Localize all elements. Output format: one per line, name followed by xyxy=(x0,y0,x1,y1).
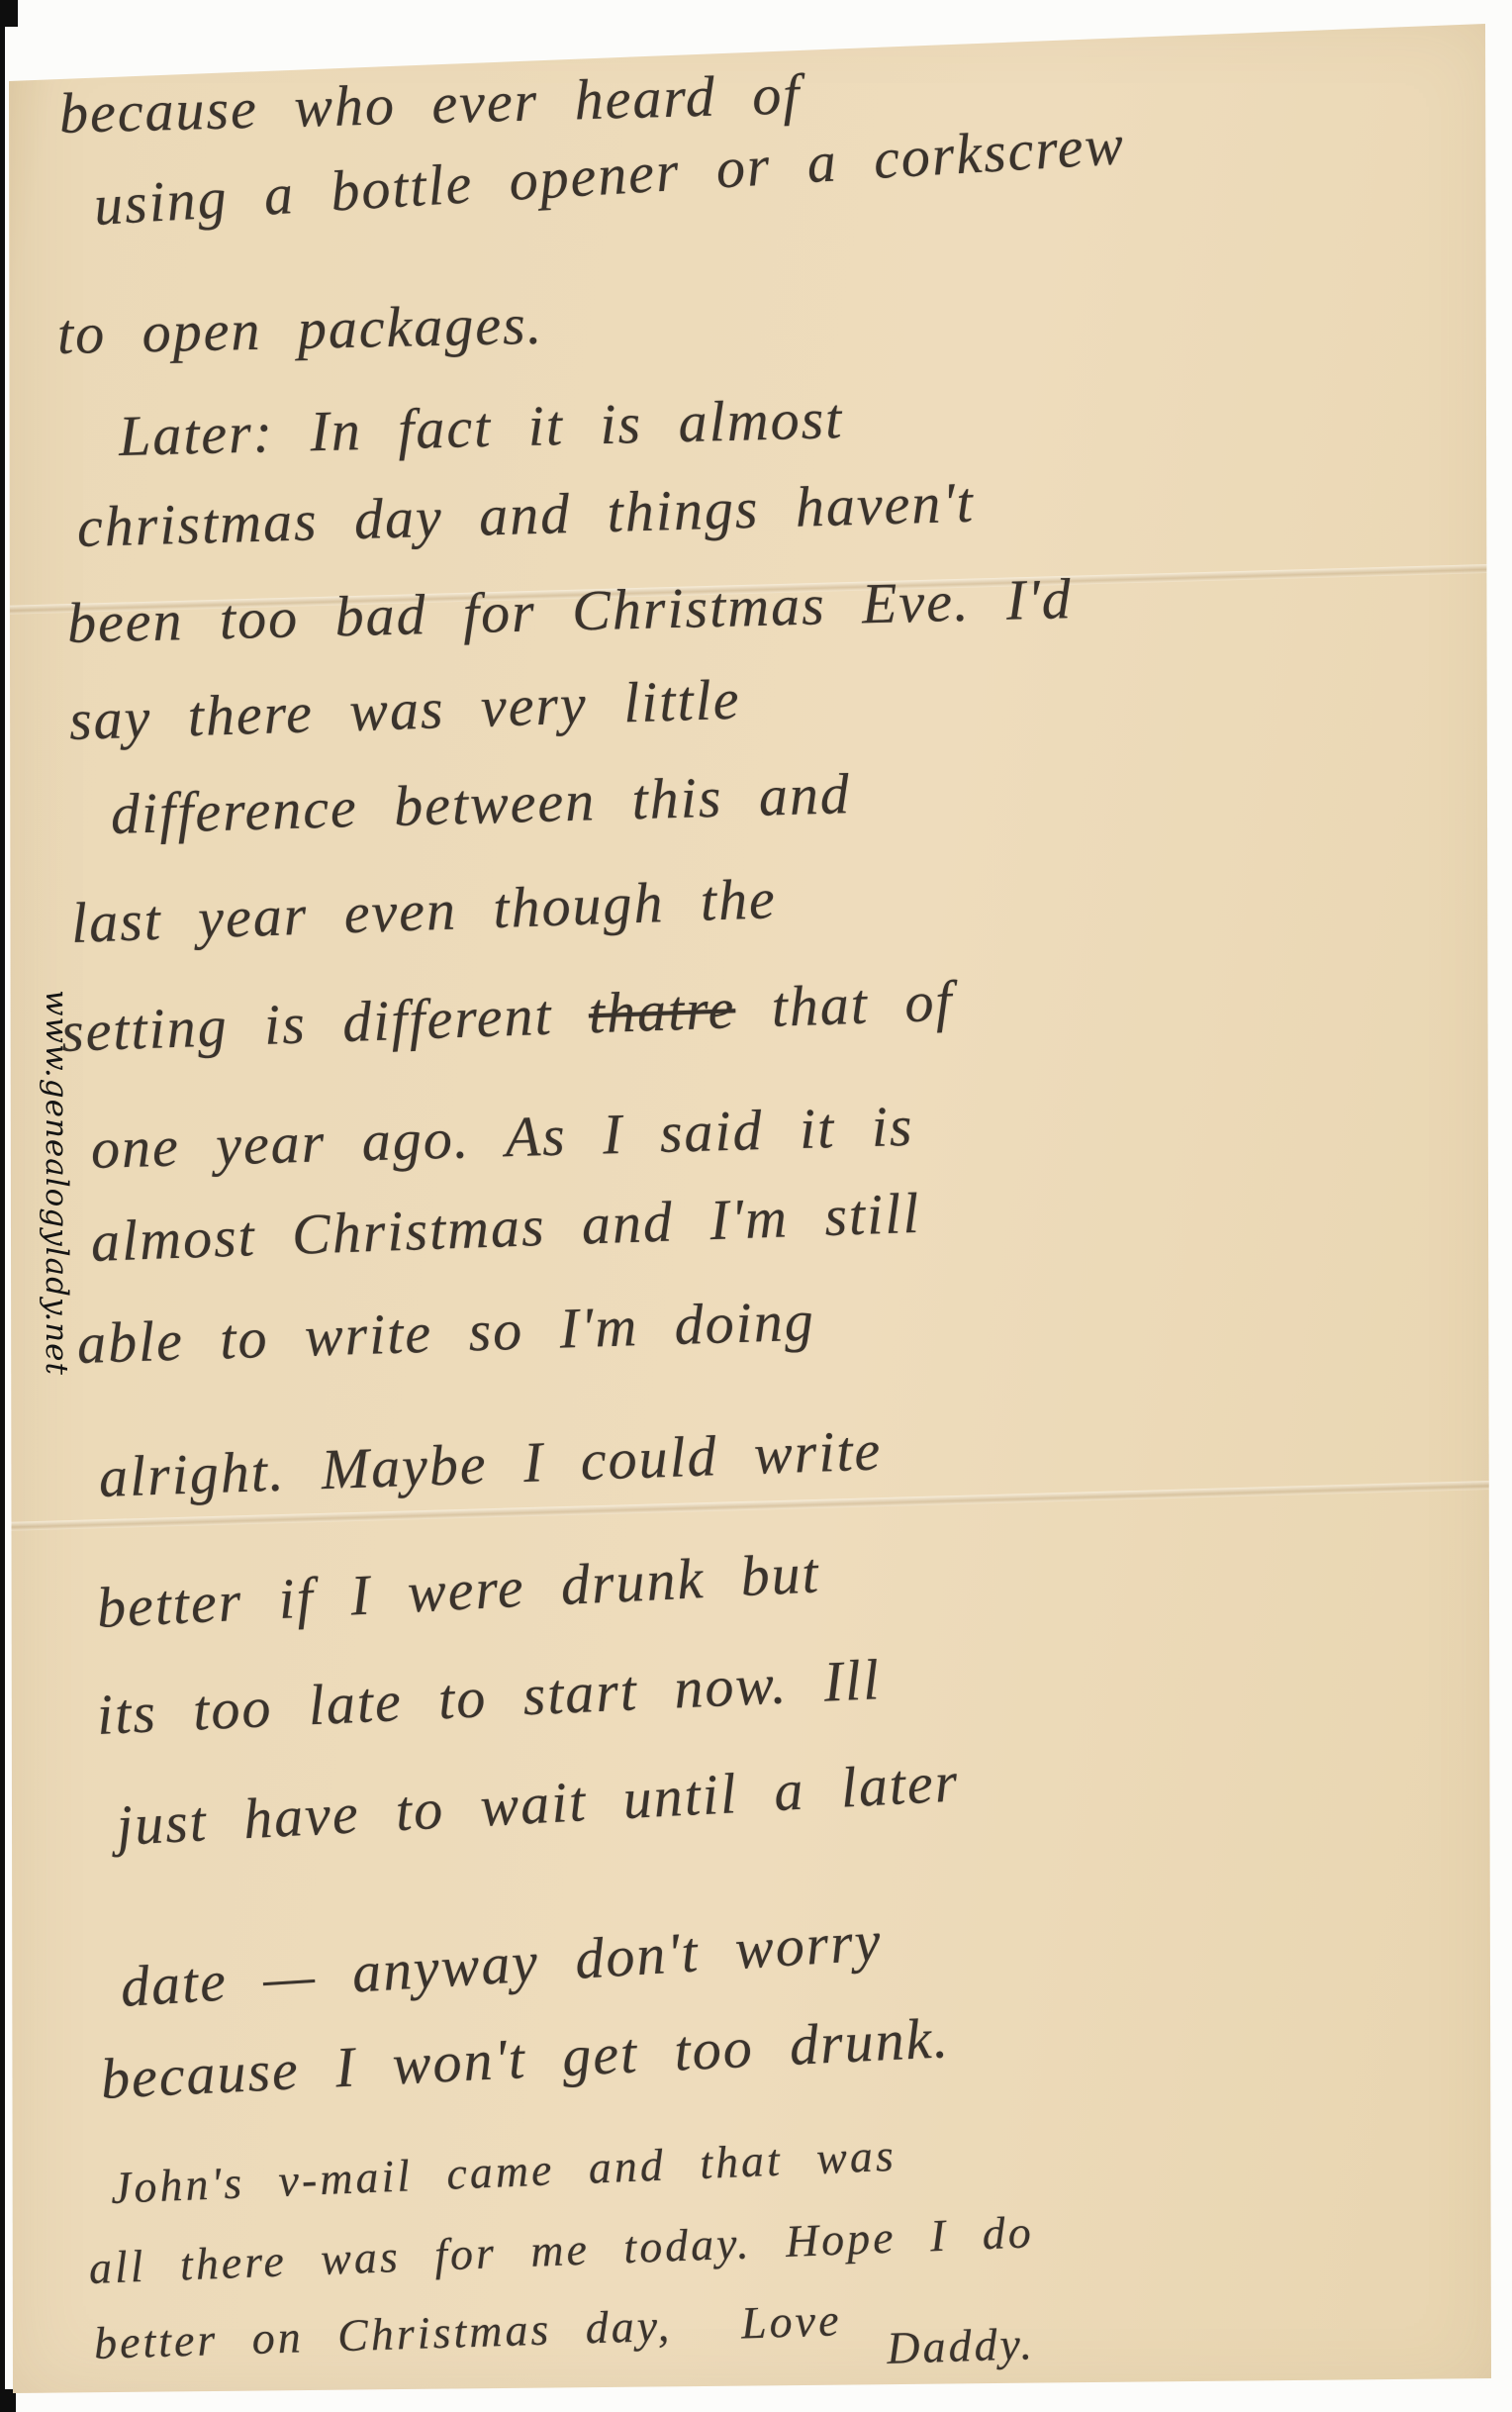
scanner-edge-artifact-left xyxy=(0,0,5,2412)
line-text: that of xyxy=(734,969,954,1041)
handwritten-line: to open packages. xyxy=(56,292,543,368)
crossed-out-word: thatre xyxy=(588,976,737,1045)
scanned-letter-page: www.genealogylady.net because who ever h… xyxy=(0,0,1512,2412)
letter-paper: www.genealogylady.net because who ever h… xyxy=(0,0,1512,2412)
scanner-corner-artifact-top-left xyxy=(0,0,18,27)
signature-daddy: Daddy. xyxy=(886,2318,1035,2373)
closing-love: Love xyxy=(740,2294,842,2348)
